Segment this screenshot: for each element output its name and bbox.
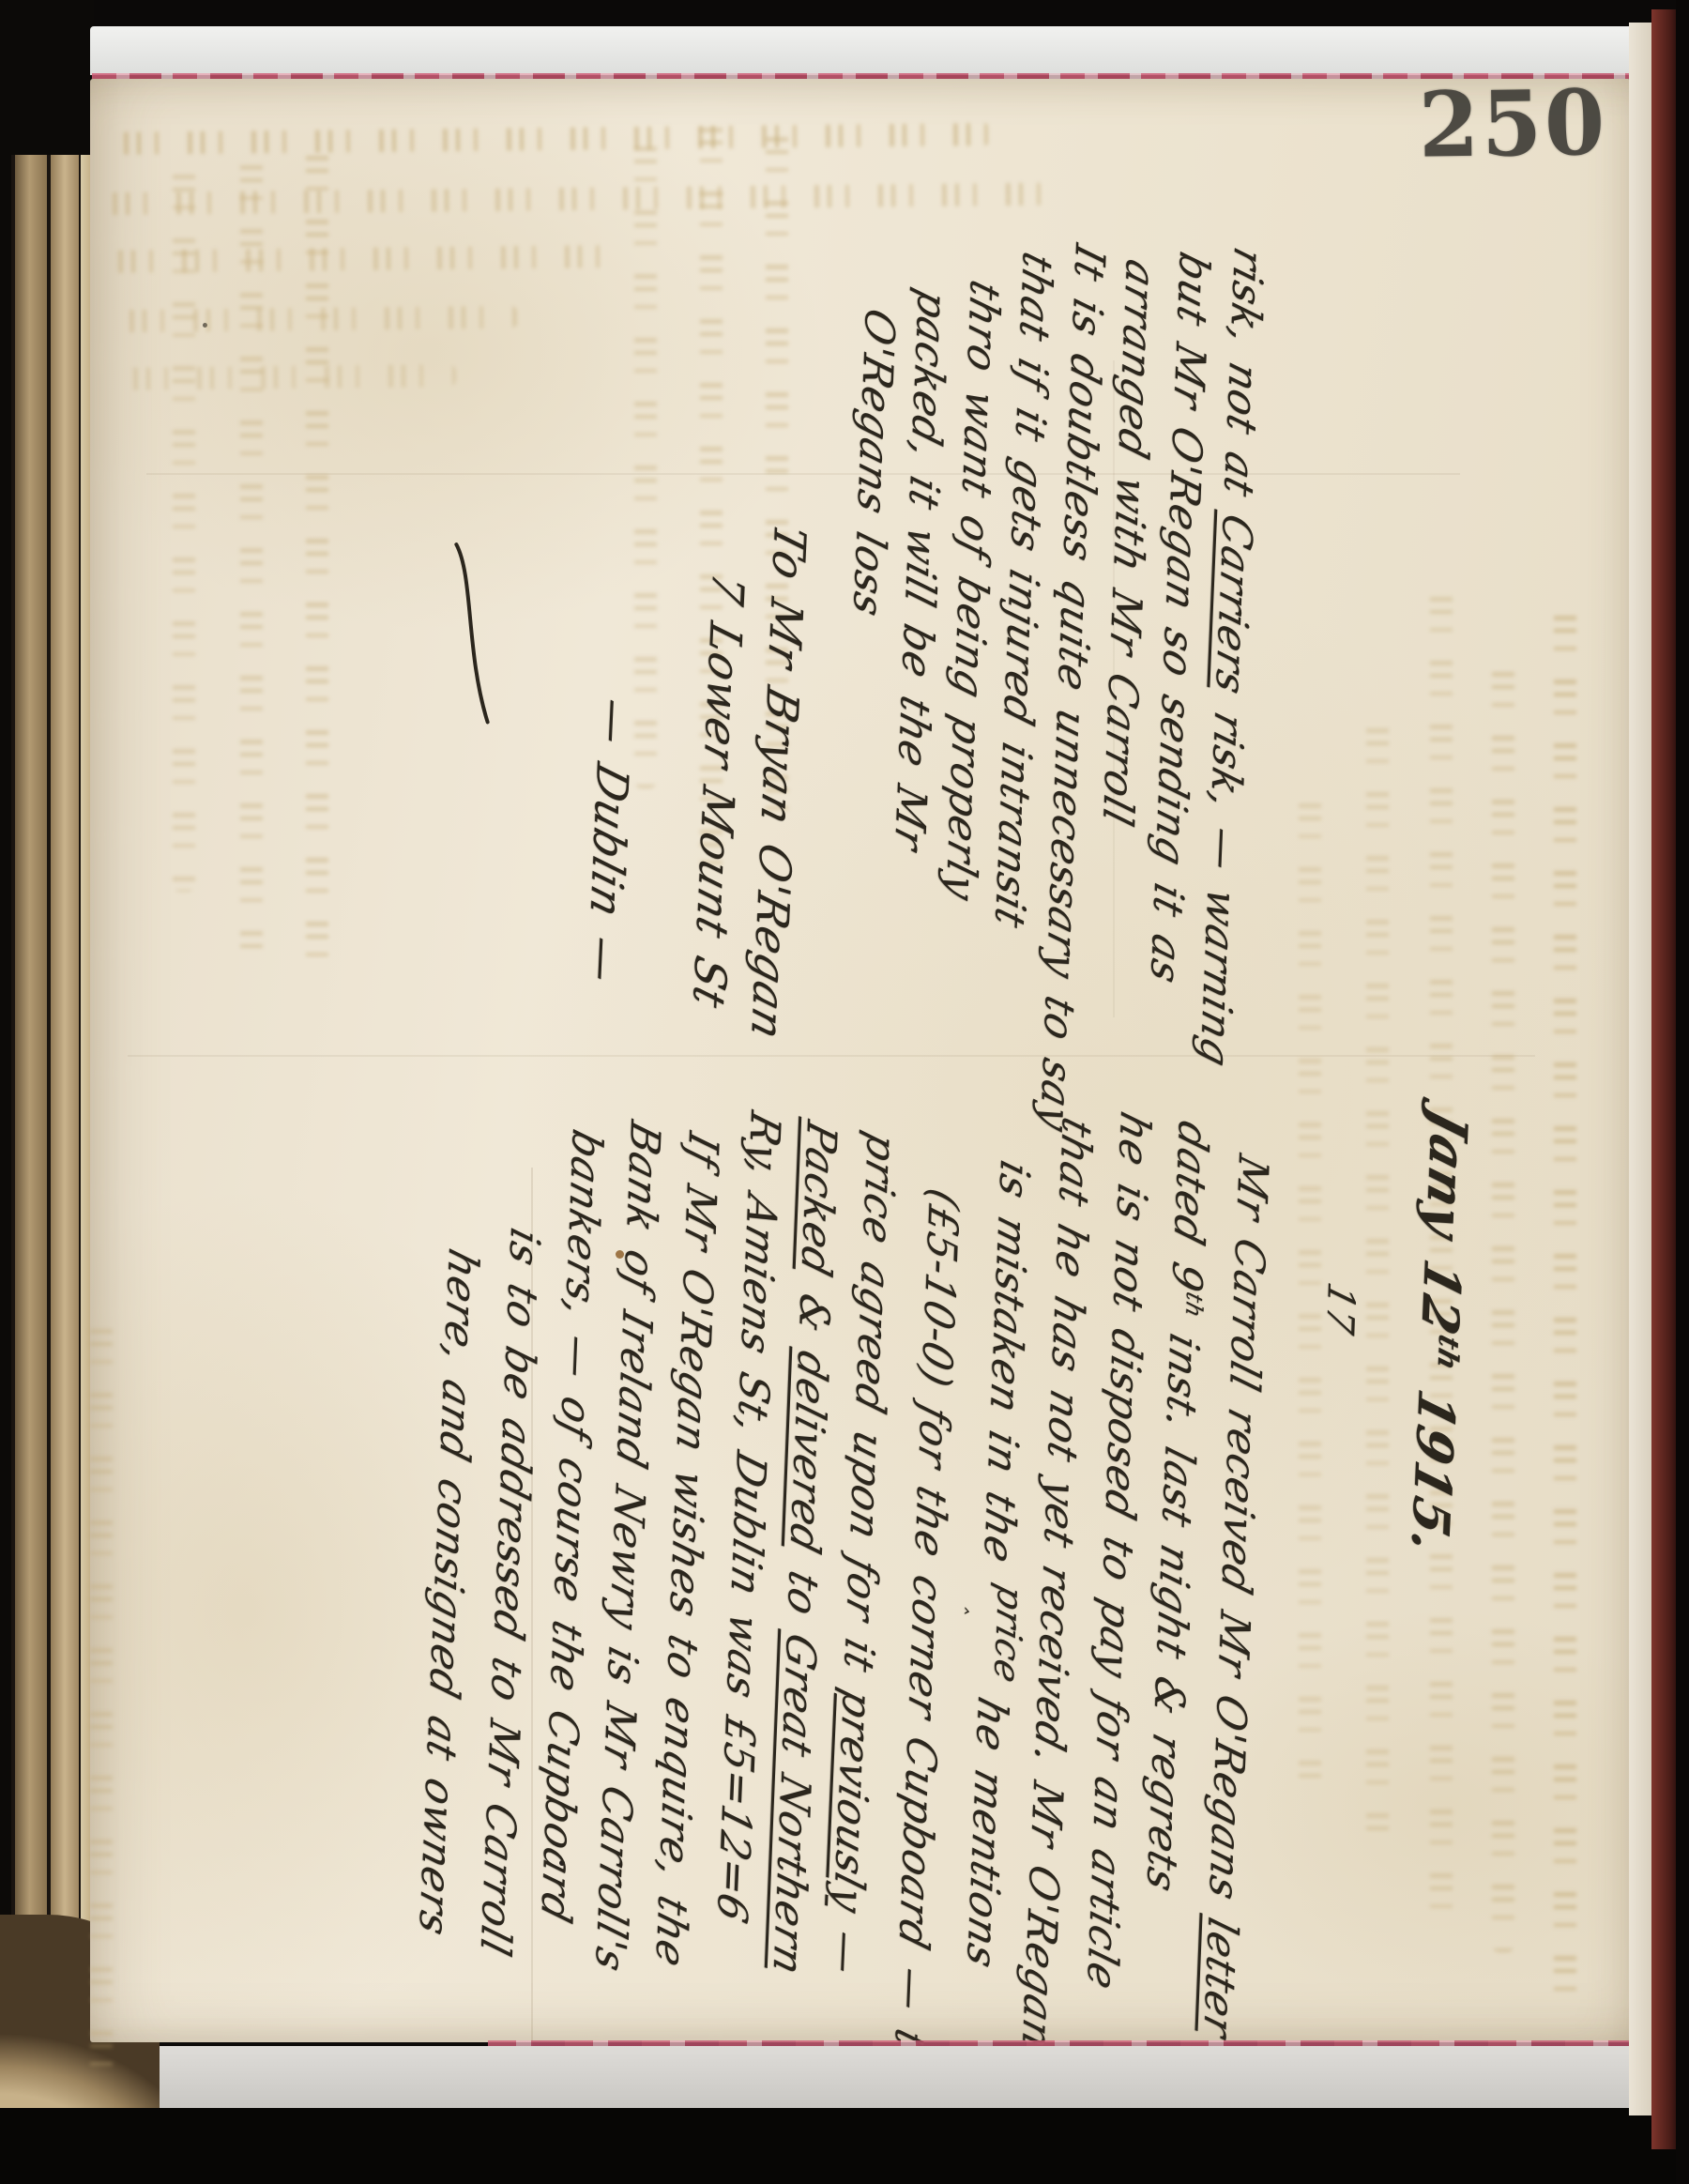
letter-date: Jany 12th 1915. [1401, 1104, 1479, 1562]
background [1676, 0, 1689, 2184]
bleedthrough-text [306, 141, 328, 985]
bleedthrough-text [1492, 657, 1514, 1952]
letter-book-scan: 250 Jany 12th 1915. 17 Mr Carroll receiv… [0, 0, 1689, 2184]
address-city: — Dublin — [577, 692, 640, 989]
bleedthrough-text [634, 131, 657, 788]
bleedthrough-text [1299, 788, 1321, 1783]
bleedthrough-text [90, 1314, 113, 2084]
bleedthrough-text [1366, 713, 1389, 1840]
underlying-page-edge [160, 2046, 1636, 2108]
bleedthrough-text [173, 160, 195, 892]
signature-flourish [447, 539, 494, 728]
book-cover-edge [1651, 9, 1678, 2149]
underlying-page-edge [1629, 23, 1653, 2115]
rotated-handwriting-layer: Jany 12th 1915. 17 Mr Carroll received M… [0, 0, 1689, 2184]
letter-number: 17 [1317, 1277, 1362, 1338]
bleedthrough-text [240, 150, 263, 957]
bleedthrough-text [1554, 601, 1576, 2008]
background [0, 2108, 1689, 2184]
address-street: 7 Lower Mount St [682, 567, 752, 1014]
handwritten-line: O'Regans loss [844, 303, 903, 622]
